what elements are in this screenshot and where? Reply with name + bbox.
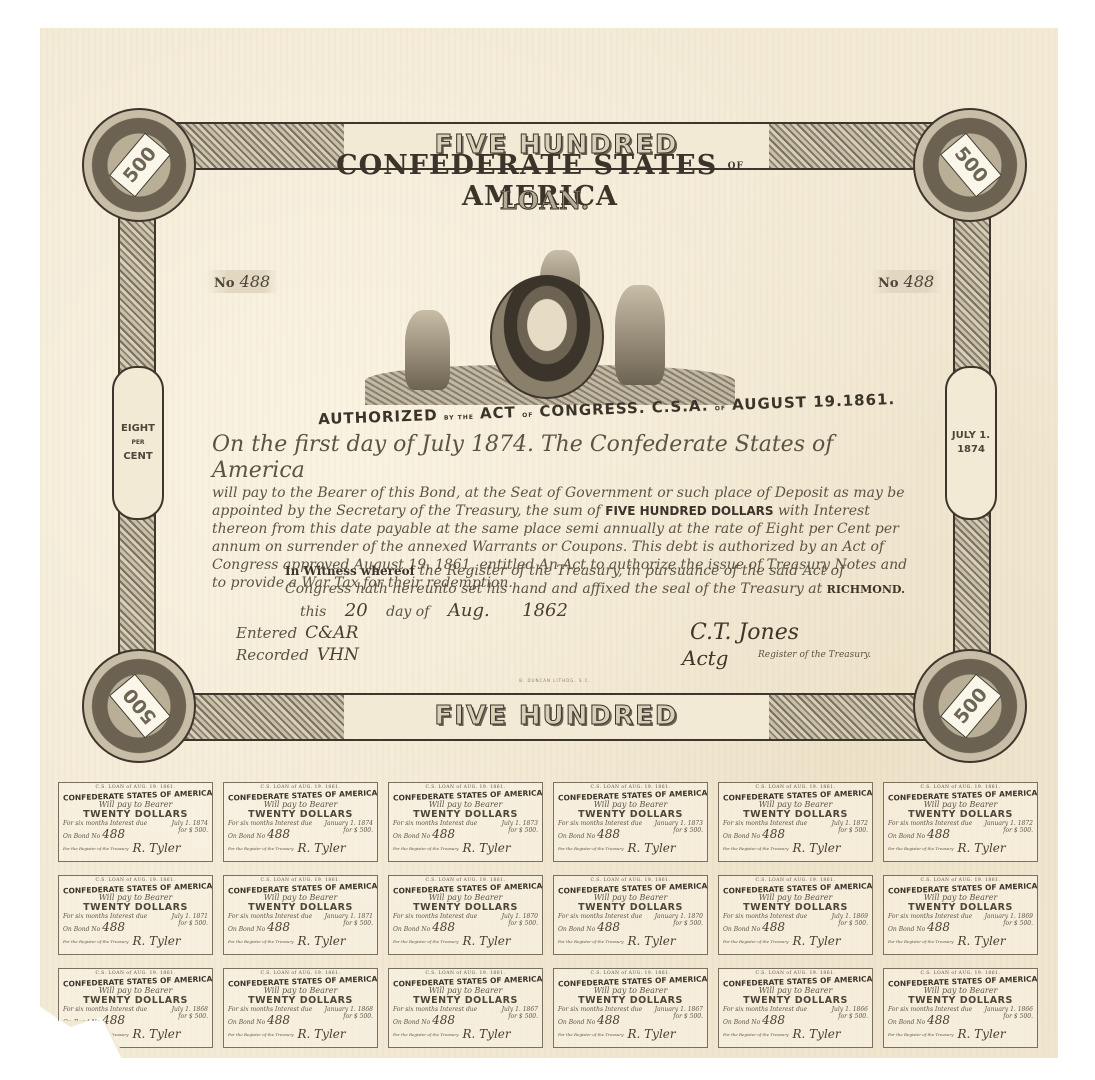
interest-coupon: C.S. LOAN of AUG. 19. 1861.CONFEDERATE S… — [223, 968, 378, 1048]
interest-label: For six months Interest due — [888, 1006, 972, 1013]
interest-coupon: C.S. LOAN of AUG. 19. 1861.CONFEDERATE S… — [388, 875, 543, 955]
bond-label: On Bond No — [723, 926, 760, 933]
coupon-for-amount: for $ 500. — [673, 827, 703, 841]
coupon-amount: TWENTY DOLLARS — [723, 995, 868, 1006]
coupon-footer: For the Register of the TreasuryR. Tyler — [63, 934, 208, 948]
coupon-for-amount: for $ 500. — [1003, 1013, 1033, 1027]
coupon-for-amount: for $ 500. — [838, 827, 868, 841]
register-label: For the Register of the Treasury — [723, 1032, 789, 1037]
interest-coupon: C.S. LOAN of AUG. 19. 1861.CONFEDERATE S… — [718, 968, 873, 1048]
dateline-text: day of — [386, 604, 429, 620]
coupon-for-amount: for $ 500. — [673, 920, 703, 934]
coupon-interest-line: For six months Interest dueJanuary 1. 18… — [558, 820, 703, 827]
serial-number-left: No 488 — [206, 270, 278, 293]
interest-label: For six months Interest due — [558, 913, 642, 920]
bond-label: On Bond No — [63, 833, 100, 840]
corner-ornament-bottom-right: 500 — [913, 649, 1027, 763]
witness-clause: In Witness whereof the Register of the T… — [285, 562, 905, 599]
coupon-amount: TWENTY DOLLARS — [888, 902, 1033, 913]
coupon-footer: For the Register of the TreasuryR. Tyler — [393, 841, 538, 855]
coupon-amount: TWENTY DOLLARS — [228, 902, 373, 913]
coupon-signature: R. Tyler — [463, 934, 511, 948]
coupon-due-date: July 1. 1870 — [502, 913, 538, 920]
coupon-amount: TWENTY DOLLARS — [558, 809, 703, 820]
coupon-for-amount: for $ 500. — [178, 1013, 208, 1027]
coupon-amount: TWENTY DOLLARS — [558, 995, 703, 1006]
coupon-amount: TWENTY DOLLARS — [888, 809, 1033, 820]
bond-number: 488 — [432, 920, 455, 934]
coupon-interest-line: For six months Interest dueJuly 1. 1870 — [393, 913, 538, 920]
issue-day: 20 — [345, 600, 368, 621]
coupon-amount: TWENTY DOLLARS — [63, 995, 208, 1006]
coupon-signature: R. Tyler — [958, 934, 1006, 948]
coupon-due-date: January 1. 1873 — [655, 820, 703, 827]
coupon-signature: R. Tyler — [463, 1027, 511, 1041]
coupon-interest-line: For six months Interest dueJanuary 1. 18… — [228, 913, 373, 920]
loan-subtitle: LOAN. — [490, 186, 600, 215]
coupon-footer: For the Register of the TreasuryR. Tyler — [558, 934, 703, 948]
interest-label: For six months Interest due — [558, 820, 642, 827]
bond-number: 488 — [927, 1013, 950, 1027]
coupon-for-amount: for $ 500. — [508, 920, 538, 934]
serial-value: 488 — [904, 272, 935, 291]
register-label: For the Register of the Treasury — [63, 846, 129, 851]
coupon-interest-line: For six months Interest dueJuly 1. 1866 — [723, 1006, 868, 1013]
coupon-signature: R. Tyler — [958, 841, 1006, 855]
auth-text: BY THE — [444, 414, 474, 422]
interest-coupon: C.S. LOAN of AUG. 19. 1861.CONFEDERATE S… — [553, 875, 708, 955]
bond-label: On Bond No — [63, 1019, 100, 1026]
interest-label: For six months Interest due — [228, 913, 312, 920]
bond-label: On Bond No — [888, 833, 925, 840]
coupon-amount: TWENTY DOLLARS — [228, 809, 373, 820]
interest-coupon: C.S. LOAN of AUG. 19. 1861.CONFEDERATE S… — [718, 875, 873, 955]
bond-number: 488 — [597, 920, 620, 934]
coupon-interest-line: For six months Interest dueJanuary 1. 18… — [888, 1006, 1033, 1013]
bottom-banner-text: FIVE HUNDRED — [144, 701, 969, 731]
value-tablet: 500 — [109, 674, 171, 739]
bond-label: On Bond No — [723, 1019, 760, 1026]
interest-coupon: C.S. LOAN of AUG. 19. 1861.CONFEDERATE S… — [388, 968, 543, 1048]
coupon-footer: For the Register of the TreasuryR. Tyler — [393, 934, 538, 948]
coupon-amount: TWENTY DOLLARS — [393, 995, 538, 1006]
serial-prefix: No — [214, 276, 235, 291]
interest-label: For six months Interest due — [393, 913, 477, 920]
coupon-amount: TWENTY DOLLARS — [723, 902, 868, 913]
coupon-due-date: July 1. 1873 — [502, 820, 538, 827]
coupon-due-date: January 1. 1866 — [985, 1006, 1033, 1013]
interest-coupon: C.S. LOAN of AUG. 19. 1861.CONFEDERATE S… — [883, 782, 1038, 862]
interest-coupon: C.S. LOAN of AUG. 19. 1861.CONFEDERATE S… — [718, 782, 873, 862]
coupon-for-amount: for $ 500. — [343, 827, 373, 841]
coupon-interest-line: For six months Interest dueJuly 1. 1868 — [63, 1006, 208, 1013]
allegorical-figure — [615, 285, 665, 385]
coupon-footer: For the Register of the TreasuryR. Tyler — [888, 934, 1033, 948]
coupon-due-date: January 1. 1868 — [325, 1006, 373, 1013]
register-label: For the Register of the Treasury — [888, 939, 954, 944]
issue-year: 1862 — [522, 600, 568, 621]
coupon-footer: For the Register of the TreasuryR. Tyler — [228, 841, 373, 855]
register-signature: C.T. Jones — [690, 620, 799, 645]
interest-coupon: C.S. LOAN of AUG. 19. 1861.CONFEDERATE S… — [883, 968, 1038, 1048]
bond-number: 488 — [597, 827, 620, 841]
coupon-for-amount: for $ 500. — [838, 1013, 868, 1027]
oval-text: CENT — [123, 450, 152, 464]
recorded-label: Recorded — [236, 646, 309, 664]
value-tablet: 500 — [940, 133, 1002, 198]
coupon-bond-line: On Bond No 488for $ 500. — [63, 827, 208, 841]
register-label: For the Register of the Treasury — [888, 846, 954, 851]
interest-label: For six months Interest due — [393, 820, 477, 827]
coupon-bond-line: On Bond No 488for $ 500. — [393, 920, 538, 934]
coupon-due-date: July 1. 1874 — [172, 820, 208, 827]
coupon-interest-line: For six months Interest dueJuly 1. 1867 — [393, 1006, 538, 1013]
coupon-footer: For the Register of the TreasuryR. Tyler — [393, 1027, 538, 1041]
bond-number: 488 — [102, 827, 125, 841]
coupon-bond-line: On Bond No 488for $ 500. — [558, 1013, 703, 1027]
register-label: For the Register of the Treasury — [393, 939, 459, 944]
opening-line: On the first day of July 1874. The Confe… — [212, 432, 833, 483]
register-label: For the Register of the Treasury — [723, 846, 789, 851]
coupon-due-date: January 1. 1871 — [325, 913, 373, 920]
coupon-sheet: C.S. LOAN of AUG. 19. 1861.CONFEDERATE S… — [58, 782, 1058, 1048]
interest-label: For six months Interest due — [393, 1006, 477, 1013]
interest-label: For six months Interest due — [63, 820, 147, 827]
coupon-for-amount: for $ 500. — [178, 920, 208, 934]
coupon-bond-line: On Bond No 488for $ 500. — [723, 827, 868, 841]
bond-label: On Bond No — [558, 1019, 595, 1026]
auth-text: ACT — [480, 403, 516, 422]
coupon-due-date: January 1. 1874 — [325, 820, 373, 827]
bond-label: On Bond No — [63, 926, 100, 933]
coupon-due-date: January 1. 1872 — [985, 820, 1033, 827]
coupon-amount: TWENTY DOLLARS — [63, 902, 208, 913]
coupon-bond-line: On Bond No 488for $ 500. — [558, 920, 703, 934]
coupon-bond-line: On Bond No 488for $ 500. — [723, 920, 868, 934]
bond-label: On Bond No — [888, 1019, 925, 1026]
register-label: For the Register of the Treasury — [228, 1032, 294, 1037]
coupon-bond-line: On Bond No 488for $ 500. — [558, 827, 703, 841]
maturity-date-oval: JULY 1. 1874 — [945, 366, 997, 520]
coupon-signature: R. Tyler — [628, 841, 676, 855]
coupon-interest-line: For six months Interest dueJuly 1. 1872 — [723, 820, 868, 827]
corner-ornament-top-right: 500 — [913, 108, 1027, 222]
value-tablet: 500 — [109, 133, 171, 198]
bottom-banner-band: FIVE HUNDRED — [142, 693, 971, 741]
coupon-interest-line: For six months Interest dueJuly 1. 1873 — [393, 820, 538, 827]
bond-number: 488 — [927, 827, 950, 841]
recorded-initials: VHN — [317, 645, 359, 665]
amount-text: FIVE HUNDRED DOLLARS — [605, 504, 773, 518]
coupon-signature: R. Tyler — [793, 841, 841, 855]
coupon-for-amount: for $ 500. — [1003, 920, 1033, 934]
interest-coupon: C.S. LOAN of AUG. 19. 1861.CONFEDERATE S… — [388, 782, 543, 862]
register-label: For the Register of the Treasury — [723, 939, 789, 944]
coupon-bond-line: On Bond No 488for $ 500. — [888, 920, 1033, 934]
entry-records: EnteredC&AR RecordedVHN — [236, 622, 359, 666]
coupon-amount: TWENTY DOLLARS — [723, 809, 868, 820]
bond-number: 488 — [927, 920, 950, 934]
bond-number: 488 — [102, 920, 125, 934]
coupon-footer: For the Register of the TreasuryR. Tyler — [723, 1027, 868, 1041]
auth-text: OF — [715, 405, 726, 412]
interest-coupon: C.S. LOAN of AUG. 19. 1861.CONFEDERATE S… — [58, 968, 213, 1048]
coupon-footer: For the Register of the TreasuryR. Tyler — [63, 1027, 208, 1041]
serial-value: 488 — [240, 272, 271, 291]
coupon-interest-line: For six months Interest dueJuly 1. 1874 — [63, 820, 208, 827]
coupon-signature: R. Tyler — [298, 1027, 346, 1041]
interest-coupon: C.S. LOAN of AUG. 19. 1861.CONFEDERATE S… — [58, 782, 213, 862]
register-label: For the Register of the Treasury — [558, 939, 624, 944]
bond-label: On Bond No — [558, 833, 595, 840]
oval-text: PER — [131, 436, 144, 450]
coupon-bond-line: On Bond No 488for $ 500. — [63, 920, 208, 934]
coupon-due-date: January 1. 1870 — [655, 913, 703, 920]
coupon-for-amount: for $ 500. — [673, 1013, 703, 1027]
interest-label: For six months Interest due — [888, 820, 972, 827]
printer-imprint: B. DUNCAN LITHOG. S.C. — [480, 678, 630, 683]
coupon-amount: TWENTY DOLLARS — [63, 809, 208, 820]
coupon-footer: For the Register of the TreasuryR. Tyler — [63, 841, 208, 855]
coupon-bond-line: On Bond No 488for $ 500. — [888, 827, 1033, 841]
bond-label: On Bond No — [228, 926, 265, 933]
interest-label: For six months Interest due — [228, 820, 312, 827]
allegorical-figure — [405, 310, 450, 390]
interest-label: For six months Interest due — [723, 913, 807, 920]
coupon-interest-line: For six months Interest dueJanuary 1. 18… — [888, 913, 1033, 920]
register-label: For the Register of the Treasury — [558, 1032, 624, 1037]
coupon-signature: R. Tyler — [958, 1027, 1006, 1041]
witness-place: RICHMOND. — [827, 583, 905, 596]
entered-label: Entered — [236, 624, 297, 642]
coupon-amount: TWENTY DOLLARS — [228, 995, 373, 1006]
coupon-due-date: July 1. 1867 — [502, 1006, 538, 1013]
coupon-due-date: January 1. 1867 — [655, 1006, 703, 1013]
title-text: OF — [728, 162, 744, 172]
coupon-amount: TWENTY DOLLARS — [393, 902, 538, 913]
register-label: For the Register of the Treasury — [558, 846, 624, 851]
coupon-bond-line: On Bond No 488for $ 500. — [228, 1013, 373, 1027]
coupon-signature: R. Tyler — [628, 1027, 676, 1041]
coupon-interest-line: For six months Interest dueJuly 1. 1871 — [63, 913, 208, 920]
bond-number: 488 — [762, 920, 785, 934]
bond-number: 488 — [432, 827, 455, 841]
interest-coupon: C.S. LOAN of AUG. 19. 1861.CONFEDERATE S… — [58, 875, 213, 955]
register-label: For the Register of the Treasury — [228, 846, 294, 851]
coupon-due-date: January 1. 1869 — [985, 913, 1033, 920]
coupon-interest-line: For six months Interest dueJanuary 1. 18… — [558, 913, 703, 920]
register-title: Register of the Treasury. — [758, 650, 871, 660]
interest-label: For six months Interest due — [558, 1006, 642, 1013]
dateline-text: this — [300, 604, 326, 620]
interest-coupon: C.S. LOAN of AUG. 19. 1861.CONFEDERATE S… — [223, 875, 378, 955]
interest-rate-oval: EIGHT PER CENT — [112, 366, 164, 520]
coupon-for-amount: for $ 500. — [838, 920, 868, 934]
coupon-bond-line: On Bond No 488for $ 500. — [63, 1013, 208, 1027]
serial-number-right: No 488 — [870, 270, 942, 293]
coupon-signature: R. Tyler — [793, 934, 841, 948]
interest-label: For six months Interest due — [63, 1006, 147, 1013]
coupon-bond-line: On Bond No 488for $ 500. — [888, 1013, 1033, 1027]
bond-label: On Bond No — [228, 833, 265, 840]
interest-label: For six months Interest due — [228, 1006, 312, 1013]
coupon-signature: R. Tyler — [298, 841, 346, 855]
coupon-signature: R. Tyler — [793, 1027, 841, 1041]
oval-text: EIGHT — [121, 422, 155, 436]
coupon-amount: TWENTY DOLLARS — [888, 995, 1033, 1006]
bond-label: On Bond No — [558, 926, 595, 933]
interest-coupon: C.S. LOAN of AUG. 19. 1861.CONFEDERATE S… — [223, 782, 378, 862]
coupon-interest-line: For six months Interest dueJuly 1. 1869 — [723, 913, 868, 920]
interest-coupon: C.S. LOAN of AUG. 19. 1861.CONFEDERATE S… — [553, 782, 708, 862]
coupon-footer: For the Register of the TreasuryR. Tyler — [723, 841, 868, 855]
corner-ornament-top-left: 500 — [82, 108, 196, 222]
coupon-for-amount: for $ 500. — [1003, 827, 1033, 841]
register-label: For the Register of the Treasury — [888, 1032, 954, 1037]
bond-number: 488 — [432, 1013, 455, 1027]
bond-number: 488 — [102, 1013, 125, 1027]
coupon-signature: R. Tyler — [133, 934, 181, 948]
register-label: For the Register of the Treasury — [63, 939, 129, 944]
auth-text: OF — [522, 412, 533, 419]
bond-label: On Bond No — [228, 1019, 265, 1026]
coupon-amount: TWENTY DOLLARS — [393, 809, 538, 820]
coupon-due-date: July 1. 1872 — [832, 820, 868, 827]
oval-text: JULY 1. — [952, 429, 990, 443]
coupon-for-amount: for $ 500. — [508, 1013, 538, 1027]
coupon-signature: R. Tyler — [298, 934, 346, 948]
register-label: For the Register of the Treasury — [63, 1032, 129, 1037]
coupon-for-amount: for $ 500. — [508, 827, 538, 841]
bond-label: On Bond No — [888, 926, 925, 933]
coupon-interest-line: For six months Interest dueJanuary 1. 18… — [888, 820, 1033, 827]
witness-lead: In Witness whereof — [285, 564, 415, 578]
bond-number: 488 — [267, 827, 290, 841]
coupon-footer: For the Register of the TreasuryR. Tyler — [558, 1027, 703, 1041]
interest-coupon: C.S. LOAN of AUG. 19. 1861.CONFEDERATE S… — [553, 968, 708, 1048]
coupon-due-date: July 1. 1871 — [172, 913, 208, 920]
coupon-footer: For the Register of the TreasuryR. Tyler — [888, 1027, 1033, 1041]
register-label: For the Register of the Treasury — [228, 939, 294, 944]
value-tablet: 500 — [940, 674, 1002, 739]
portrait-vignette — [365, 240, 735, 405]
coupon-footer: For the Register of the TreasuryR. Tyler — [228, 1027, 373, 1041]
interest-coupon: C.S. LOAN of AUG. 19. 1861.CONFEDERATE S… — [883, 875, 1038, 955]
coupon-amount: TWENTY DOLLARS — [558, 902, 703, 913]
coupon-interest-line: For six months Interest dueJanuary 1. 18… — [228, 820, 373, 827]
coupon-footer: For the Register of the TreasuryR. Tyler — [723, 934, 868, 948]
coupon-interest-line: For six months Interest dueJanuary 1. 18… — [558, 1006, 703, 1013]
bond-number: 488 — [267, 1013, 290, 1027]
serial-prefix: No — [878, 276, 899, 291]
coupon-signature: R. Tyler — [628, 934, 676, 948]
bond-label: On Bond No — [393, 1019, 430, 1026]
coupon-due-date: July 1. 1868 — [172, 1006, 208, 1013]
coupon-interest-line: For six months Interest dueJanuary 1. 18… — [228, 1006, 373, 1013]
coupon-footer: For the Register of the TreasuryR. Tyler — [228, 934, 373, 948]
coupon-due-date: July 1. 1869 — [832, 913, 868, 920]
coupon-bond-line: On Bond No 488for $ 500. — [723, 1013, 868, 1027]
coupon-for-amount: for $ 500. — [178, 827, 208, 841]
issue-month: Aug. — [448, 600, 490, 621]
entered-initials: C&AR — [305, 623, 358, 643]
coupon-footer: For the Register of the TreasuryR. Tyler — [558, 841, 703, 855]
coupon-bond-line: On Bond No 488for $ 500. — [393, 1013, 538, 1027]
oval-text: 1874 — [957, 443, 985, 457]
register-label: For the Register of the Treasury — [393, 1032, 459, 1037]
portrait-medallion — [490, 275, 604, 399]
bond-number: 488 — [762, 827, 785, 841]
acting-notation: Actg — [682, 646, 728, 670]
coupon-bond-line: On Bond No 488for $ 500. — [228, 920, 373, 934]
coupon-for-amount: for $ 500. — [343, 1013, 373, 1027]
coupon-bond-line: On Bond No 488for $ 500. — [228, 827, 373, 841]
register-label: For the Register of the Treasury — [393, 846, 459, 851]
coupon-signature: R. Tyler — [133, 841, 181, 855]
coupon-footer: For the Register of the TreasuryR. Tyler — [888, 841, 1033, 855]
coupon-for-amount: for $ 500. — [343, 920, 373, 934]
coupon-signature: R. Tyler — [463, 841, 511, 855]
bond-number: 488 — [762, 1013, 785, 1027]
bond-label: On Bond No — [393, 833, 430, 840]
interest-label: For six months Interest due — [888, 913, 972, 920]
bond-number: 488 — [597, 1013, 620, 1027]
coupon-bond-line: On Bond No 488for $ 500. — [393, 827, 538, 841]
bond-label: On Bond No — [723, 833, 760, 840]
interest-label: For six months Interest due — [63, 913, 147, 920]
title-text: CONFEDERATE STATES — [336, 150, 717, 181]
interest-label: For six months Interest due — [723, 1006, 807, 1013]
issue-dateline: this 20 day of Aug. 1862 — [300, 600, 582, 621]
corner-ornament-bottom-left: 500 — [82, 649, 196, 763]
bond-label: On Bond No — [393, 926, 430, 933]
coupon-signature: R. Tyler — [133, 1027, 181, 1041]
interest-label: For six months Interest due — [723, 820, 807, 827]
bond-number: 488 — [267, 920, 290, 934]
coupon-due-date: July 1. 1866 — [832, 1006, 868, 1013]
